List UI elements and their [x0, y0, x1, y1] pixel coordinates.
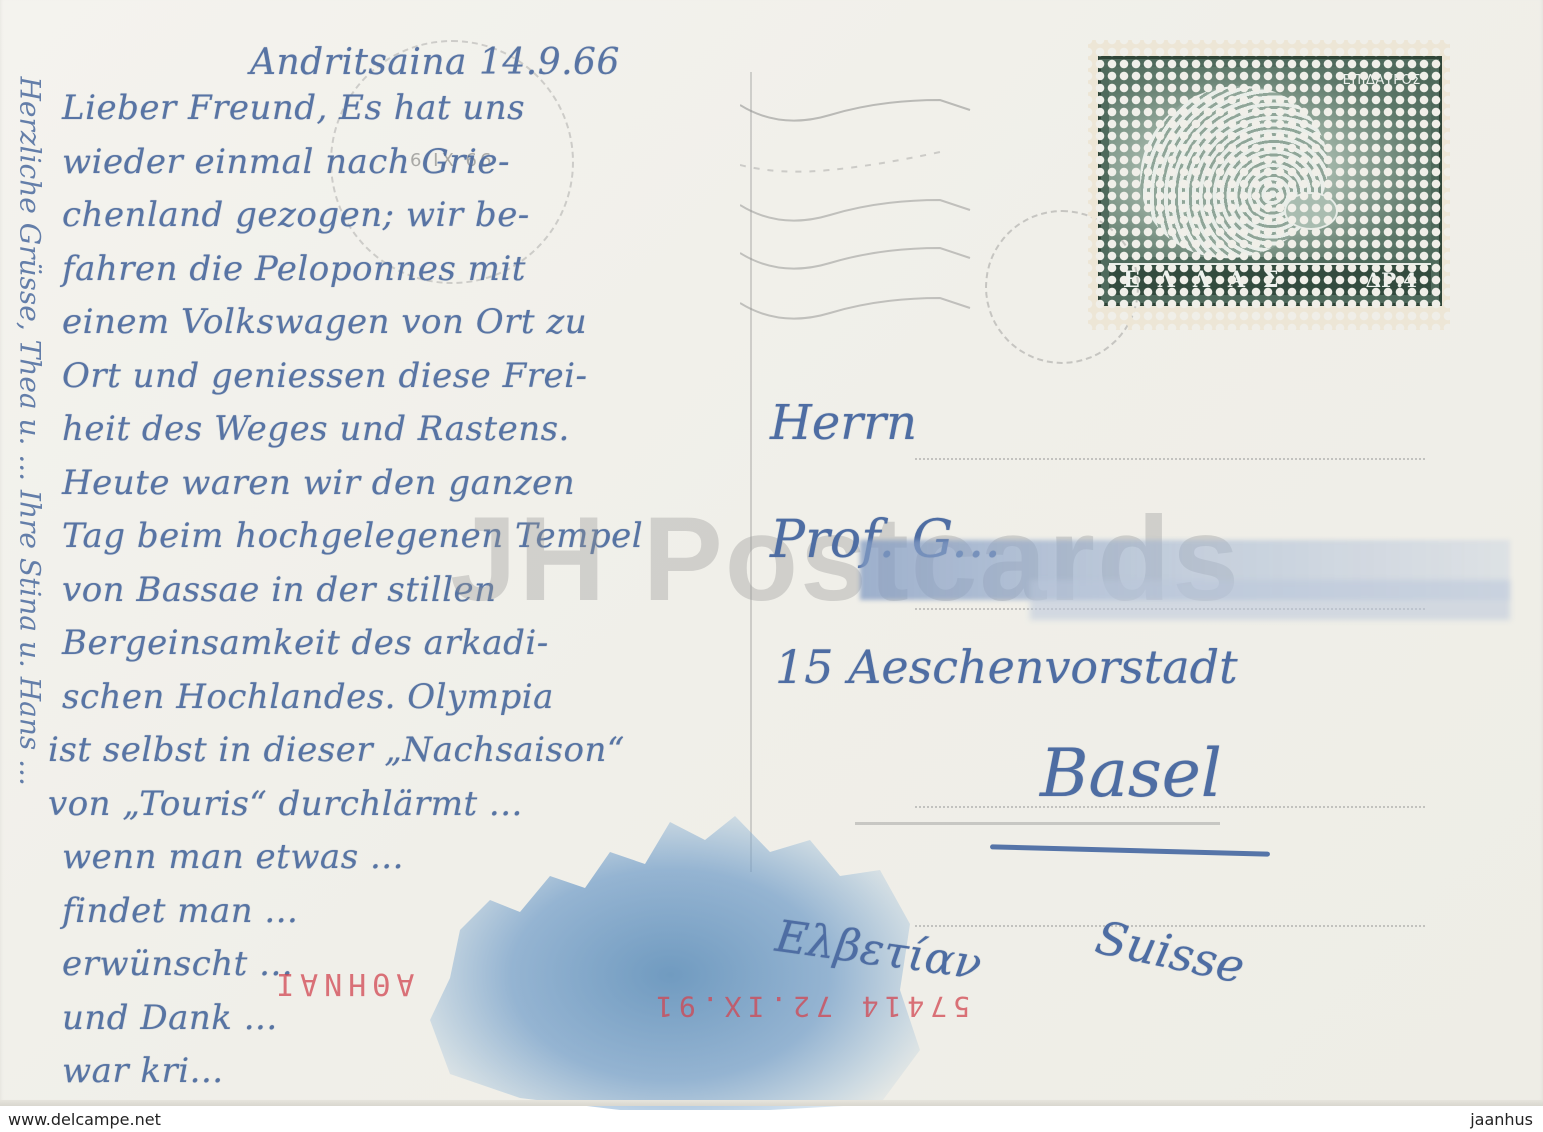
city-underline — [990, 844, 1270, 856]
red-handstamp-number: 57414 72.IX.91 — [650, 990, 970, 1023]
redacted-name-blur — [1030, 580, 1510, 620]
cancellation-wave — [740, 190, 980, 230]
cancellation-wave — [740, 90, 980, 130]
message-line: von „Touris“ durchlärmt ... — [48, 784, 523, 824]
message-line: erwünscht ... — [62, 944, 293, 984]
message-line: Ort und geniessen diese Frei- — [62, 356, 587, 396]
stamp-caption: ΕΠΙΔΑΥΡΟΣ — [1343, 73, 1421, 88]
stamp-bar: ΕΛΛΑΣ ΔΡ.4 — [1109, 263, 1431, 295]
message-line: chenland gezogen; wir be- — [62, 195, 530, 235]
postcard: 6 IX 66 ΕΠΙΔΑΥΡΟΣ ΕΛΛΑΣ ΔΡ.4 Andritsaina… — [0, 0, 1543, 1106]
message-line: findet man ... — [62, 891, 298, 931]
address-salutation: Herrn — [770, 395, 917, 451]
divider-line — [750, 72, 752, 872]
message-line: war kri... — [62, 1051, 224, 1091]
message-line: heit des Weges und Rastens. — [62, 409, 570, 449]
message-line: Lieber Freund, Es hat uns — [62, 88, 525, 128]
message-line: einem Volkswagen von Ort zu — [62, 302, 587, 342]
address-street: 15 Aeschenvorstadt — [775, 640, 1238, 694]
stamp-country: ΕΛΛΑΣ — [1123, 267, 1297, 293]
stamp-epidaurus-theatre-picture: ΕΠΙΔΑΥΡΟΣ — [1109, 67, 1431, 257]
cancellation-wave — [740, 140, 980, 180]
theatre-icon — [1116, 60, 1353, 285]
message-line: von Bassae in der stillen — [62, 570, 497, 610]
message-side-note: Herzliche Grüsse, Thea u. ... Ihre Stina… — [14, 77, 47, 1077]
postage-stamp: ΕΠΙΔΑΥΡΟΣ ΕΛΛΑΣ ΔΡ.4 — [1088, 40, 1450, 330]
address-country: Suisse — [1091, 910, 1249, 994]
message-line: fahren die Peloponnes mit — [62, 249, 526, 289]
message-line: und Dank ... — [62, 998, 278, 1038]
source-site-left: www.delcampe.net — [8, 1110, 161, 1129]
address-line — [915, 458, 1425, 460]
source-site-right: jaanhus — [1470, 1110, 1533, 1129]
cancellation-wave — [740, 288, 980, 328]
message-line: schen Hochlandes. Olympia — [62, 677, 554, 717]
stamp-value: ΔΡ.4 — [1366, 268, 1417, 292]
message-line: ist selbst in dieser „Nachsaison“ — [48, 730, 625, 770]
message-place-date: Andritsaina 14.9.66 — [250, 42, 620, 83]
message-line: Bergeinsamkeit des arkadi- — [62, 623, 549, 663]
red-handstamp-text: ΑΘΗΝΑΙ — [270, 966, 414, 1001]
message-line: wenn man etwas ... — [62, 837, 404, 877]
address-rule — [855, 822, 1220, 825]
cancellation-wave — [740, 238, 980, 278]
address-city: Basel — [1040, 735, 1222, 812]
message-line: wieder einmal nach Grie- — [62, 142, 510, 182]
stamp-frame: ΕΠΙΔΑΥΡΟΣ ΕΛΛΑΣ ΔΡ.4 — [1098, 56, 1442, 306]
orchestra-icon — [1284, 192, 1338, 230]
